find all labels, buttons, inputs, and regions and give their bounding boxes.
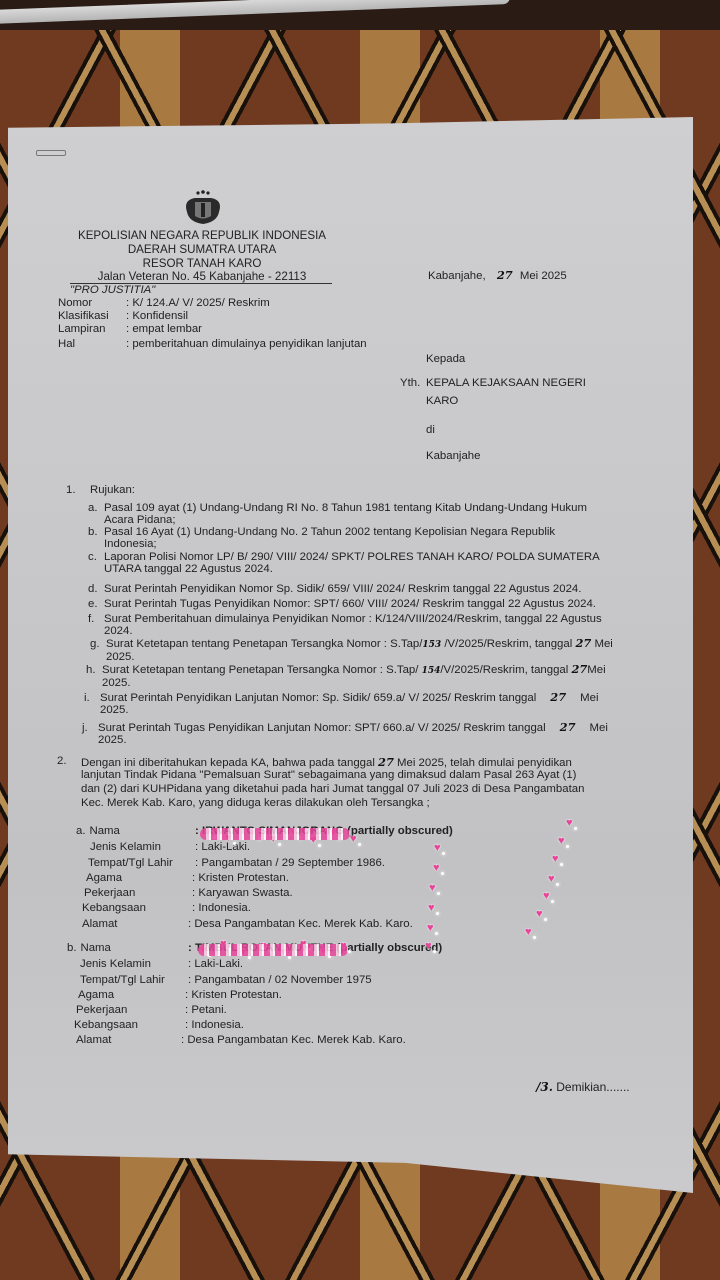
suspect-field-value: : Desa Pangambatan Kec. Merek Kab. Karo. bbox=[188, 918, 413, 930]
reference-item: d.Surat Perintah Penyidikan Nomor Sp. Si… bbox=[88, 583, 581, 595]
recipient-name-1: KEPALA KEJAKSAAN NEGERI bbox=[426, 377, 586, 389]
reference-item: c.Laporan Polisi Nomor LP/ B/ 290/ VIII/… bbox=[88, 551, 600, 575]
heart-sticker-icon: ♥ bbox=[433, 862, 440, 874]
sparkle-icon bbox=[348, 950, 351, 953]
page-continuation: /3. Demikian....... bbox=[536, 1080, 630, 1094]
suspect-field-label: Pekerjaan bbox=[84, 887, 135, 899]
section-2-line-1: Dengan ini diberitahukan kepada KA, bahw… bbox=[81, 755, 572, 769]
suspect-field-value: : Indonesia. bbox=[192, 902, 251, 914]
suspect-field-label: Alamat bbox=[82, 918, 117, 930]
handwritten-number: 153 bbox=[422, 640, 441, 650]
suspect-field-label: Alamat bbox=[76, 1034, 111, 1046]
letterhead-address: Jalan Veteran No. 45 Kabanjahe - 22113 bbox=[72, 270, 332, 283]
handwritten-day: 27 bbox=[575, 636, 591, 650]
sparkle-icon bbox=[533, 936, 536, 939]
heart-sticker-icon: ♥ bbox=[536, 908, 543, 920]
handwritten-page-number: /3. bbox=[536, 1080, 553, 1094]
handwritten-day: 27 bbox=[560, 720, 576, 734]
section-2-number: 2. bbox=[57, 755, 67, 767]
sparkle-icon bbox=[437, 892, 440, 895]
sparkle-icon bbox=[566, 845, 569, 848]
meta-lampiran: Lampiran: empat lembar bbox=[58, 323, 202, 335]
heart-sticker-icon: ♥ bbox=[558, 835, 565, 847]
recipient-city: Kabanjahe bbox=[426, 450, 480, 462]
police-letter: KEPOLISIAN NEGARA REPUBLIK INDONESIA DAE… bbox=[0, 0, 720, 1280]
sparkle-icon bbox=[248, 956, 251, 959]
letterhead-line-1: KEPOLISIAN NEGARA REPUBLIK INDONESIA bbox=[72, 229, 332, 243]
police-emblem-icon bbox=[181, 190, 225, 228]
section-2-line-4: Kec. Merek Kab. Karo, yang diduga keras … bbox=[81, 797, 430, 809]
suspect-field-label: Jenis Kelamin bbox=[80, 958, 151, 970]
handwritten-number: 154 bbox=[422, 666, 441, 676]
sparkle-icon bbox=[556, 883, 559, 886]
meta-hal: Hal: pemberitahuan dimulainya penyidikan… bbox=[58, 338, 367, 350]
suspect-field-value: : Pangambatan / 02 November 1975 bbox=[188, 974, 372, 986]
sparkle-icon bbox=[436, 912, 439, 915]
recipient-kepada: Kepada bbox=[426, 353, 465, 365]
reference-item: i.Surat Perintah Penyidikan Lanjutan Nom… bbox=[84, 691, 598, 716]
name-redaction-overlay bbox=[198, 944, 348, 956]
suspect-field-value: : Laki-Laki. bbox=[195, 841, 250, 853]
handwritten-day: 27 bbox=[550, 690, 566, 704]
place: Kabanjahe, bbox=[428, 270, 486, 282]
suspect-field-value: : Petani. bbox=[185, 1004, 227, 1016]
suspect-field-label: Kebangsaan bbox=[82, 902, 146, 914]
heart-sticker-icon: ♥ bbox=[427, 922, 434, 934]
sparkle-icon bbox=[233, 842, 236, 845]
heart-sticker-icon: ♥ bbox=[548, 873, 555, 885]
suspect-field-label: b.Nama bbox=[67, 942, 111, 954]
meta-klasifikasi: Klasifikasi: Konfidensil bbox=[58, 310, 188, 322]
suspect-field-label: Kebangsaan bbox=[74, 1019, 138, 1031]
suspect-field-label: Tempat/Tgl Lahir bbox=[88, 857, 173, 869]
suspect-field-label: a.Nama bbox=[76, 825, 120, 837]
recipient-yth: Yth. bbox=[400, 377, 420, 389]
letterhead-line-3: RESOR TANAH KARO bbox=[72, 257, 332, 271]
handwritten-day: 27 bbox=[571, 662, 587, 676]
reference-item: h.Surat Ketetapan tentang Penetapan Ters… bbox=[86, 663, 606, 689]
reference-item: b.Pasal 16 Ayat (1) Undang-Undang No. 2 … bbox=[88, 526, 555, 550]
recipient-name-2: KARO bbox=[426, 395, 458, 407]
heart-sticker-icon: ♥ bbox=[350, 833, 357, 845]
heart-sticker-icon: ♥ bbox=[525, 926, 532, 938]
continuation-text: Demikian....... bbox=[556, 1080, 629, 1094]
sparkle-icon bbox=[278, 843, 281, 846]
sparkle-icon bbox=[433, 950, 436, 953]
suspect-field-label: Agama bbox=[86, 872, 122, 884]
meta-nomor: Nomor: K/ 124.A/ V/ 2025/ Reskrim bbox=[58, 297, 270, 309]
suspect-field-value: : Pangambatan / 29 September 1986. bbox=[195, 857, 385, 869]
sparkle-icon bbox=[442, 852, 445, 855]
handwritten-day: 27 bbox=[497, 268, 513, 282]
heart-sticker-icon: ♥ bbox=[429, 882, 436, 894]
letterhead-line-2: DAERAH SUMATRA UTARA bbox=[72, 243, 332, 257]
sparkle-icon bbox=[318, 844, 321, 847]
reference-item: j.Surat Perintah Tugas Penyidikan Lanjut… bbox=[82, 721, 608, 746]
sparkle-icon bbox=[551, 900, 554, 903]
sparkle-icon bbox=[358, 843, 361, 846]
heart-sticker-icon: ♥ bbox=[428, 902, 435, 914]
suspect-field-value: : Karyawan Swasta. bbox=[192, 887, 293, 899]
suspect-field-value: : Indonesia. bbox=[185, 1019, 244, 1031]
suspect-field-value: : Kristen Protestan. bbox=[185, 989, 282, 1001]
reference-item: e.Surat Perintah Tugas Penyidikan Nomor:… bbox=[88, 598, 596, 610]
suspect-field-label: Pekerjaan bbox=[76, 1004, 127, 1016]
section-1-title: Rujukan: bbox=[90, 484, 135, 496]
suspect-field-label: Jenis Kelamin bbox=[90, 841, 161, 853]
suspect-field-label: Agama bbox=[78, 989, 114, 1001]
heart-sticker-icon: ♥ bbox=[552, 853, 559, 865]
section-2-line-2: lanjutan Tindak Pidana "Pemalsuan Surat"… bbox=[81, 769, 576, 781]
reference-item: f.Surat Pemberitahuan dimulainya Penyidi… bbox=[88, 613, 602, 637]
suspect-field-value: : Laki-Laki. bbox=[188, 958, 243, 970]
pro-justitia: "PRO JUSTITIA" bbox=[70, 284, 155, 296]
sparkle-icon bbox=[288, 956, 291, 959]
heart-sticker-icon: ♥ bbox=[425, 940, 432, 952]
sparkle-icon bbox=[560, 863, 563, 866]
heart-sticker-icon: ♥ bbox=[543, 890, 550, 902]
sparkle-icon bbox=[574, 827, 577, 830]
recipient-di: di bbox=[426, 424, 435, 436]
sparkle-icon bbox=[435, 932, 438, 935]
name-redaction-overlay bbox=[200, 828, 350, 840]
handwritten-day: 27 bbox=[378, 755, 394, 769]
heart-sticker-icon: ♥ bbox=[434, 842, 441, 854]
section-2-line-3: dan (2) dari KUHPidana yang diketahui pa… bbox=[81, 783, 584, 795]
sparkle-icon bbox=[441, 872, 444, 875]
heart-sticker-icon: ♥ bbox=[566, 817, 573, 829]
suspect-field-label: Tempat/Tgl Lahir bbox=[80, 974, 165, 986]
letterhead: KEPOLISIAN NEGARA REPUBLIK INDONESIA DAE… bbox=[72, 229, 332, 271]
month-year: Mei 2025 bbox=[520, 270, 567, 282]
suspect-field-value: : Kristen Protestan. bbox=[192, 872, 289, 884]
sparkle-icon bbox=[544, 918, 547, 921]
reference-item: a.Pasal 109 ayat (1) Undang-Undang RI No… bbox=[88, 502, 587, 526]
section-1-number: 1. bbox=[66, 484, 76, 496]
place-date: Kabanjahe, 27 Mei 2025 bbox=[428, 268, 567, 282]
reference-item: g.Surat Ketetapan tentang Penetapan Ters… bbox=[90, 637, 613, 663]
suspect-field-value: : Desa Pangambatan Kec. Merek Kab. Karo. bbox=[181, 1034, 406, 1046]
